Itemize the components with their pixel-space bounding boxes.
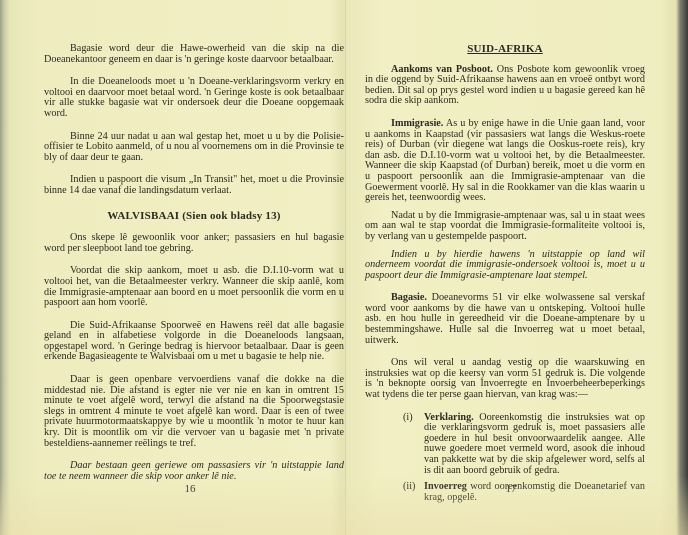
paragraph-customs-declaration: In die Doeaneloods moet u 'n Doeane-verk… <box>44 77 344 119</box>
run-head-baggage: Bagasie. <box>391 292 427 303</box>
run-head-immigration: Immigrasie. <box>391 118 443 129</box>
list-number: (ii) <box>403 482 424 503</box>
run-head-import-duty: Invoerreg <box>424 481 467 492</box>
paragraph-anchor: Ons skepe lê gewoonlik voor anker; passa… <box>44 233 344 254</box>
left-page-content: Bagasie word deur die Hawe-owerheid van … <box>44 44 344 494</box>
paragraph-baggage: Bagasie. Doeanevorms 51 vir elke wolwass… <box>365 293 645 346</box>
list-number: (i) <box>403 413 424 477</box>
right-page-content: SUID-AFRIKA Aankoms van Posboot. Ons Pos… <box>365 44 645 509</box>
right-page: SUID-AFRIKA Aankoms van Posboot. Ons Pos… <box>346 0 688 535</box>
run-head-declaration: Verklaring. <box>424 412 474 423</box>
paragraph-warning: Ons wil veral u aandag vestig op die waa… <box>365 358 645 400</box>
paragraph-di10-form: Voordat die skip aankom, moet u asb. die… <box>44 266 344 308</box>
paragraph-railways-baggage: Die Suid-Afrikaanse Spoorweë en Hawens r… <box>44 321 344 363</box>
paragraph-police-registration: Binne 24 uur nadat u aan wal gestap het,… <box>44 132 344 164</box>
section-heading-walvisbaai: WALVISBAAI (Sien ook bladsy 13) <box>44 211 344 222</box>
paragraph-baggage-customs: Bagasie word deur die Hawe-owerheid van … <box>44 44 344 65</box>
paragraph-immigration-followup: Nadat u by die Immigrasie-amptenaar was,… <box>365 211 645 243</box>
paragraph-transport: Daar is geen openbare vervoerdiens vanaf… <box>44 375 344 449</box>
booklet-spread: Bagasie word deur die Hawe-owerheid van … <box>0 0 688 535</box>
paragraph-immigration: Immigrasie. As u by enige hawe in die Un… <box>365 119 645 204</box>
run-head-arrival: Aankoms van Posboot. <box>391 64 493 75</box>
page-number-right: 17 <box>496 483 526 495</box>
section-heading-suid-afrika: SUID-AFRIKA <box>365 44 645 55</box>
list-item-declaration: (i) Verklaring. Ooreenkomstig die instru… <box>403 413 645 477</box>
paragraph-transit-visa: Indien u paspoort die visum „In Transit"… <box>44 175 344 196</box>
immigration-text: As u by enige hawe in die Unie gaan land… <box>365 118 645 203</box>
list-body: Invoerreg word ooreenkomstig die Doeanet… <box>424 482 645 503</box>
italic-note-passport-stamp: Indien u by hierdie hawens 'n uitstappie… <box>365 250 645 282</box>
paragraph-mail-boat-arrival: Aankoms van Posboot. Ons Posbote kom gew… <box>365 65 645 107</box>
italic-note-excursions: Daar bestaan geen geriewe om passasiers … <box>44 461 344 482</box>
list-body: Verklaring. Ooreenkomstig die instruksie… <box>424 413 645 477</box>
left-page: Bagasie word deur die Hawe-owerheid van … <box>0 0 345 535</box>
page-number-left: 16 <box>175 483 205 495</box>
